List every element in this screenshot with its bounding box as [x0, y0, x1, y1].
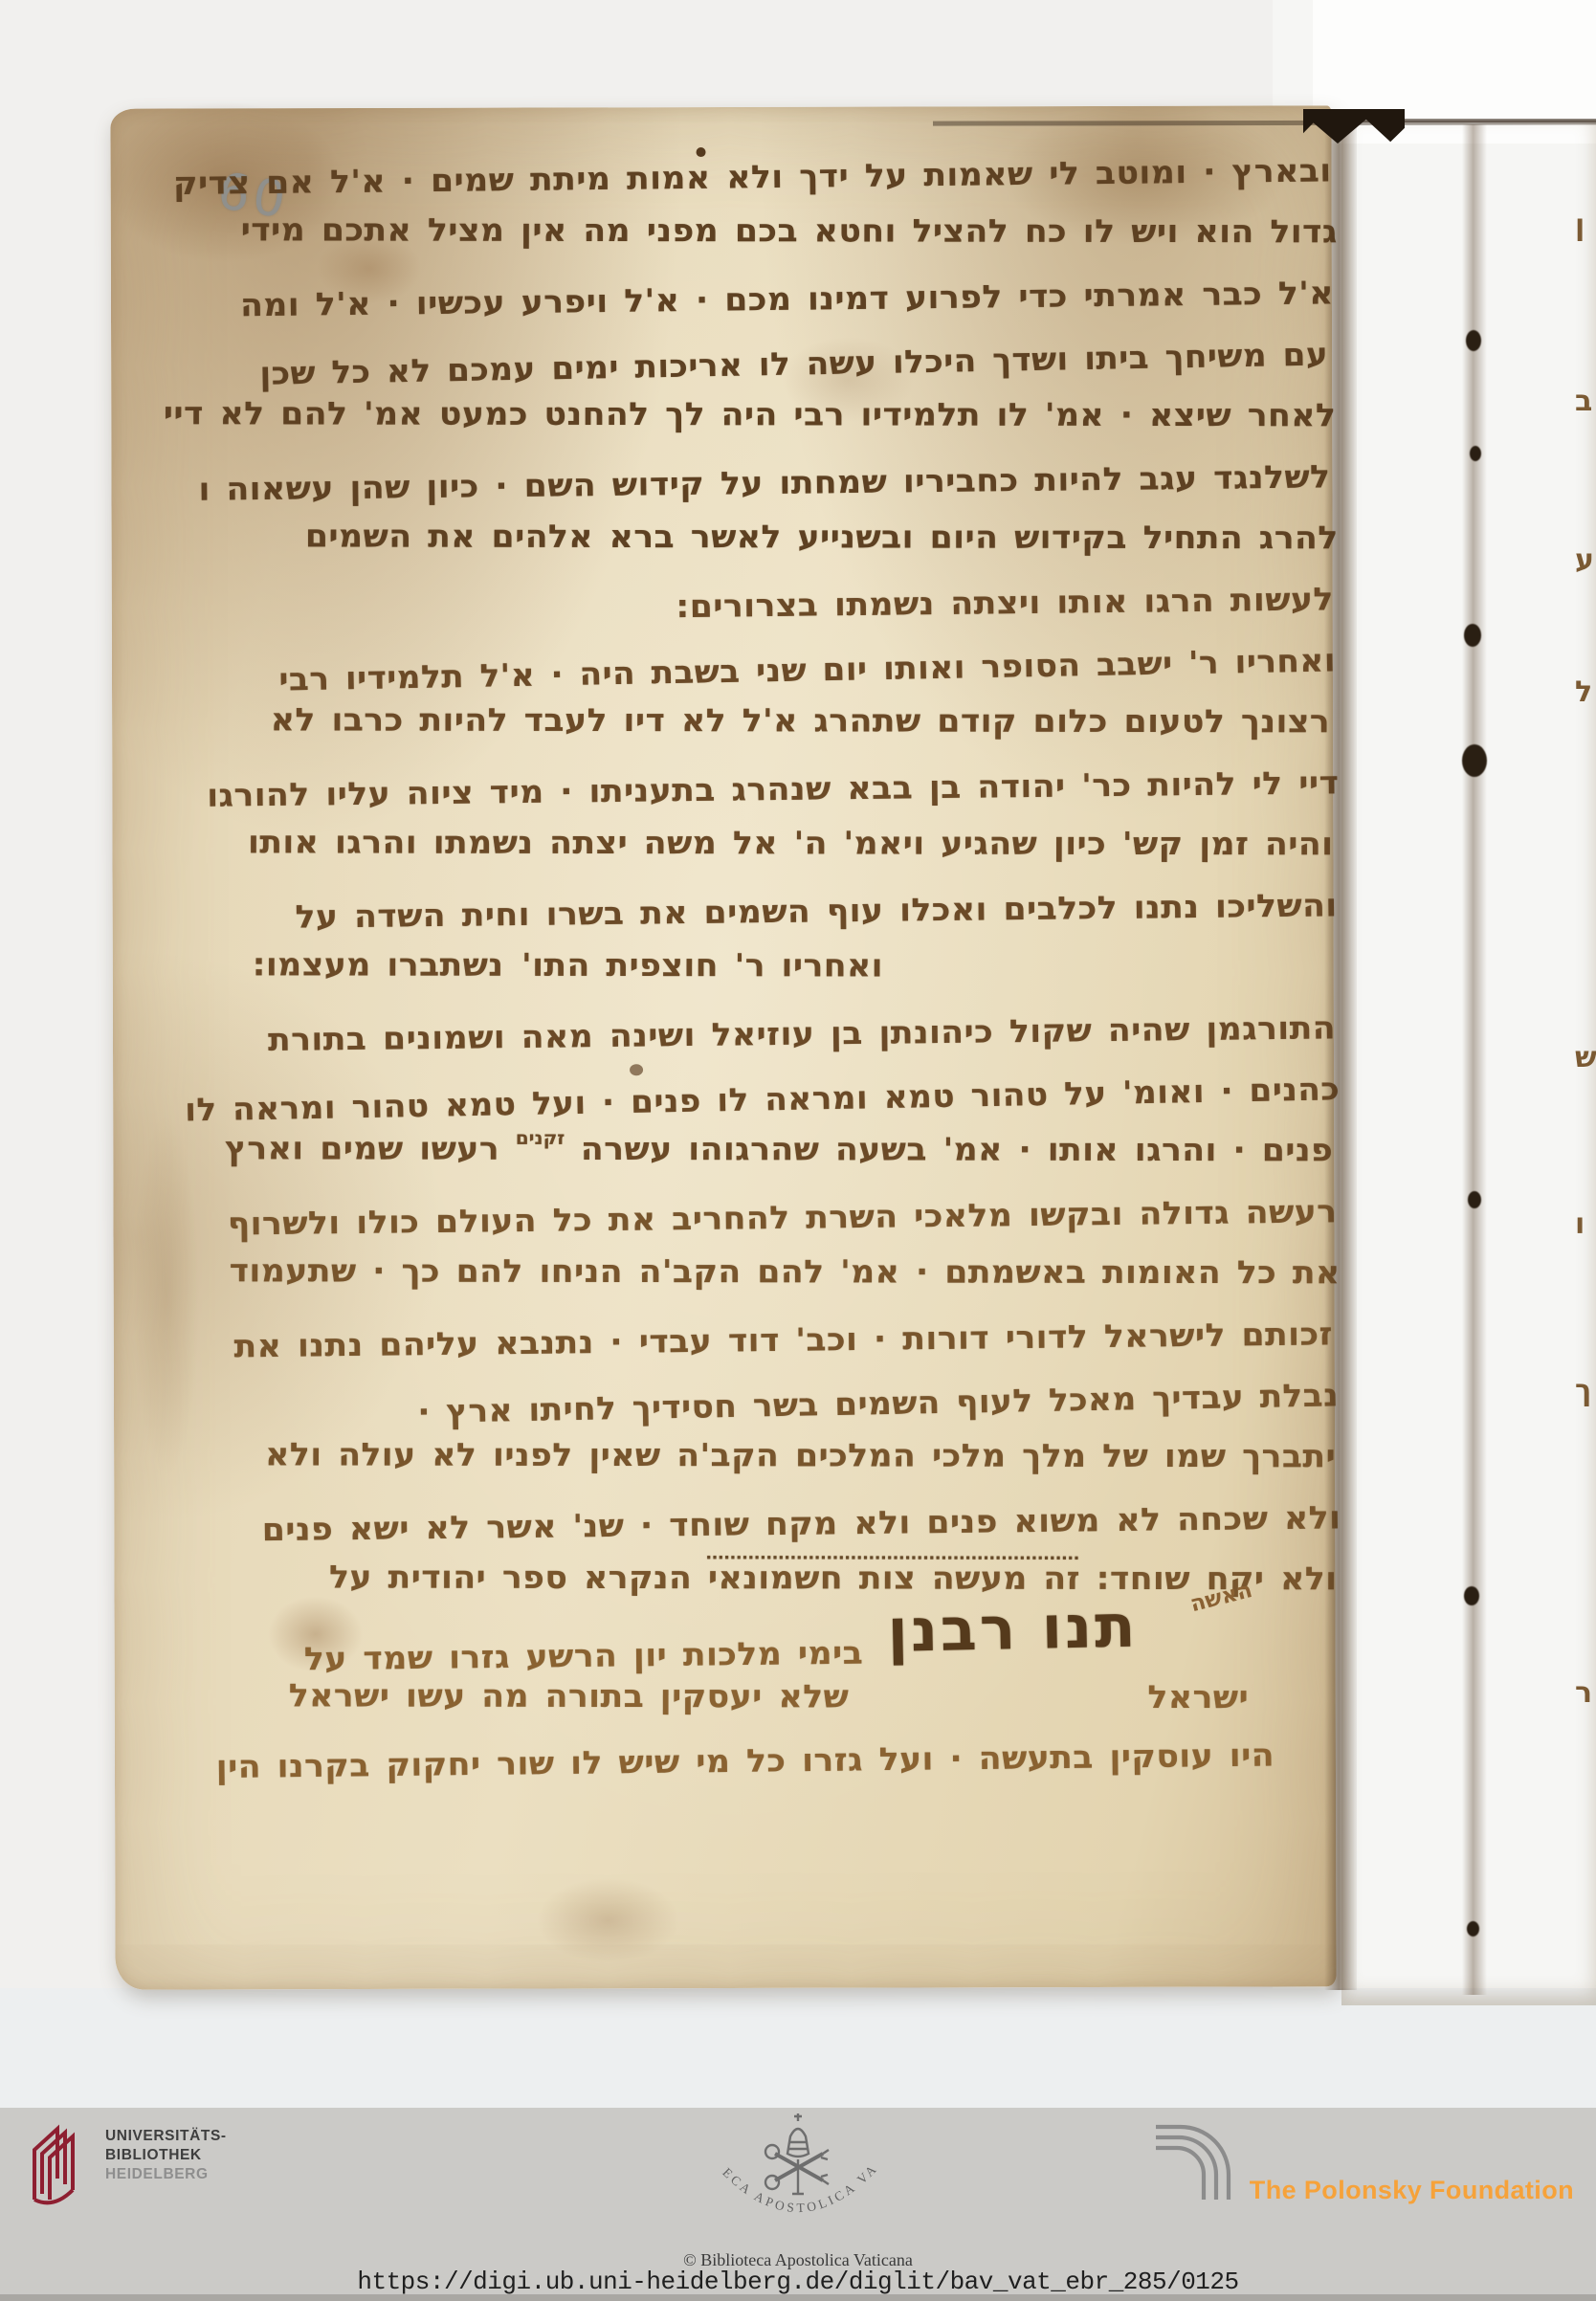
text-line: לשלנגד עגב להיות כחביריו שמחתו על קידוש … — [173, 457, 1331, 508]
vatican-emblem-icon: BIBLIOTECA APOSTOLICA VATICANA — [683, 2112, 913, 2247]
svg-text:BIBLIOTECA APOSTOLICA VATICANA: BIBLIOTECA APOSTOLICA VATICANA — [683, 2112, 880, 2215]
facing-text-fragment: ע — [1575, 543, 1596, 577]
text-line: והיה זמן קש' כיון שהגיע ויאמ' ה' אל משה … — [174, 823, 1334, 862]
ub-line-1: UNIVERSITÄTS- — [105, 2127, 227, 2146]
text-line: רעשה גדולה ובקשו מלאכי השרת להחריב את כל… — [174, 1192, 1337, 1243]
vatican-library-logo: BIBLIOTECA APOSTOLICA VATICANA — [597, 2112, 999, 2251]
stain — [536, 1877, 679, 1963]
polonsky-arcs-icon — [1154, 2121, 1238, 2201]
sewing-hole — [1466, 330, 1481, 351]
line-17-before: פנים · והרגו אותו · אמ' בשעה שהרגוהו עשר… — [581, 1130, 1333, 1168]
split-line-right-part: ואחריו ר' חוצפית התו' — [521, 946, 883, 985]
text-line-with-superscript: פנים · והרגו אותו · אמ' בשעה שהרגוהו עשר… — [175, 1129, 1334, 1168]
text-line: נבלת עבדיך מאכל לעוף השמים בשר חסידיך לח… — [186, 1376, 1339, 1434]
sewing-hole — [1464, 624, 1481, 647]
text-block: ובארץ · ומוטב לי שאמות על ידך ולא אמות מ… — [228, 151, 1342, 1809]
line-17-after: רעשו שמים וארץ — [225, 1129, 499, 1167]
text-line: התורגמן שהיה שקול כיהונתן בן עוזיאל ושינ… — [174, 1008, 1336, 1059]
ub-line-3: HEIDELBERG — [105, 2165, 227, 2184]
source-url: https://digi.ub.uni-heidelberg.de/diglit… — [0, 2268, 1596, 2296]
dotted-deleted-words: זה מעשה צות חשמונאי — [708, 1559, 1080, 1597]
hanukkah-line2-first-word: ישראל — [1147, 1678, 1249, 1715]
facing-text-fragment: ן — [1575, 209, 1596, 242]
split-line-left-part: נשתברו מעצמו: — [253, 945, 504, 983]
superscript-correction: זקנים — [516, 1128, 565, 1149]
text-line: והשליכו נתנו לכלבים ואכלו עוף השמים את ב… — [174, 886, 1338, 937]
text-line: ואחריו ר' ישבב הסופר ואותו יום שני בשבת … — [185, 641, 1337, 699]
facing-text-fragment: ו — [1575, 1207, 1596, 1241]
text-line: לאחר שיצא · אמ' לו תלמידיו רבי היה לך לה… — [172, 394, 1336, 433]
text-line: רצונך לטעום כלום קודם שתהרג א'ל לא דיו ל… — [174, 700, 1331, 740]
facing-text-fragment: ך — [1575, 1374, 1596, 1407]
ub-line-2: BIBLIOTHEK — [105, 2146, 227, 2165]
polonsky-foundation-label: The Polonsky Foundation — [1250, 2176, 1574, 2205]
text-line-split: ישראל שלא יעסקין בתורה מה עשו ישראל — [176, 1676, 1341, 1678]
facing-text-fragment: ש — [1575, 1041, 1596, 1074]
sewing-hole — [1464, 1586, 1479, 1605]
gutter-crease — [1462, 124, 1487, 1995]
ub-heidelberg-book-icon — [27, 2115, 88, 2207]
text-line: גדול הוא ויש לו כח להציל וחטא בכם מפני מ… — [172, 210, 1338, 250]
text-line: עם משיחך ביתו ושדך היכלו עשה לו אריכות י… — [184, 335, 1329, 393]
manuscript-page: 60 ובארץ · ומוטב לי שאמות על ידך ולא אמו… — [110, 105, 1336, 1989]
background-below-page — [0, 1988, 1596, 2108]
hanukkah-line2-rest: שלא יעסקין בתורה מה עשו ישראל — [289, 1676, 849, 1715]
text-line: כהנים · ואומ' על טהור טמא ומראה לו פנים … — [186, 1070, 1341, 1128]
text-line: להרג התחיל בקידוש היום ובשנייע לאשר ברא … — [173, 517, 1339, 556]
sewing-hole — [1467, 1921, 1479, 1936]
text-line: דיי לי להיות כר' יהודה בן בבא שנהרג בתענ… — [173, 763, 1339, 814]
facing-text-fragment: ב — [1575, 385, 1596, 418]
text-line: א'ל כבר אמרתי כדי לפרוע דמינו מכם · א'ל … — [172, 274, 1334, 324]
text-line: לעשות הרגו אותו ויצתה נשמתו בצרורים: — [173, 580, 1334, 631]
facing-text-fragment: ר — [1575, 1676, 1596, 1710]
text-line: יתברך שמו של מלך מלכי המלכים הקב'ה שאין … — [175, 1435, 1336, 1474]
text-line: זכותם לישראל לדורי דורות · וכב' דוד עבדי… — [175, 1315, 1333, 1365]
sewing-hole — [1468, 1191, 1481, 1208]
gutter-shadow — [1324, 111, 1357, 1990]
vatican-arc-text: BIBLIOTECA APOSTOLICA VATICANA — [683, 2112, 880, 2215]
text-line-split: ואחריו ר' חוצפית התו' נשתברו מעצמו: — [174, 945, 1340, 947]
text-line: ולא שכחה לא משוא פנים ולא מקח שוחד · שנ'… — [175, 1498, 1341, 1549]
facing-text-fragment: ל — [1575, 675, 1596, 709]
section-heading-large: תנו רבנן — [887, 1591, 1139, 1666]
line-24-end: הנקרא ספר יהודית על — [329, 1558, 692, 1596]
sewing-hole — [1462, 744, 1487, 777]
ub-heidelberg-logo: UNIVERSITÄTS- BIBLIOTHEK HEIDELBERG — [27, 2115, 227, 2207]
section-heading-continuation: בימי מלכות יון הרשע גזרו שמד על — [303, 1634, 863, 1678]
sewing-hole — [1470, 446, 1481, 461]
ub-heidelberg-wordmark: UNIVERSITÄTS- BIBLIOTHEK HEIDELBERG — [105, 2115, 227, 2207]
text-line: ובארץ · ומוטב לי שאמות על ידך ולא אמות מ… — [172, 151, 1332, 202]
polonsky-foundation-logo: The Polonsky Foundation — [1154, 2121, 1574, 2201]
text-line-with-deletion-dots: ולא יקח שוחד: זה מעשה צות חשמונאי הנקרא … — [176, 1558, 1338, 1597]
text-line: את כל האומות באשמתם · אמ' להם הקב'ה הניח… — [175, 1251, 1341, 1291]
text-line: היו עוסקין בתעשה · ועל גזרו כל מי שיש לו… — [179, 1736, 1275, 1785]
